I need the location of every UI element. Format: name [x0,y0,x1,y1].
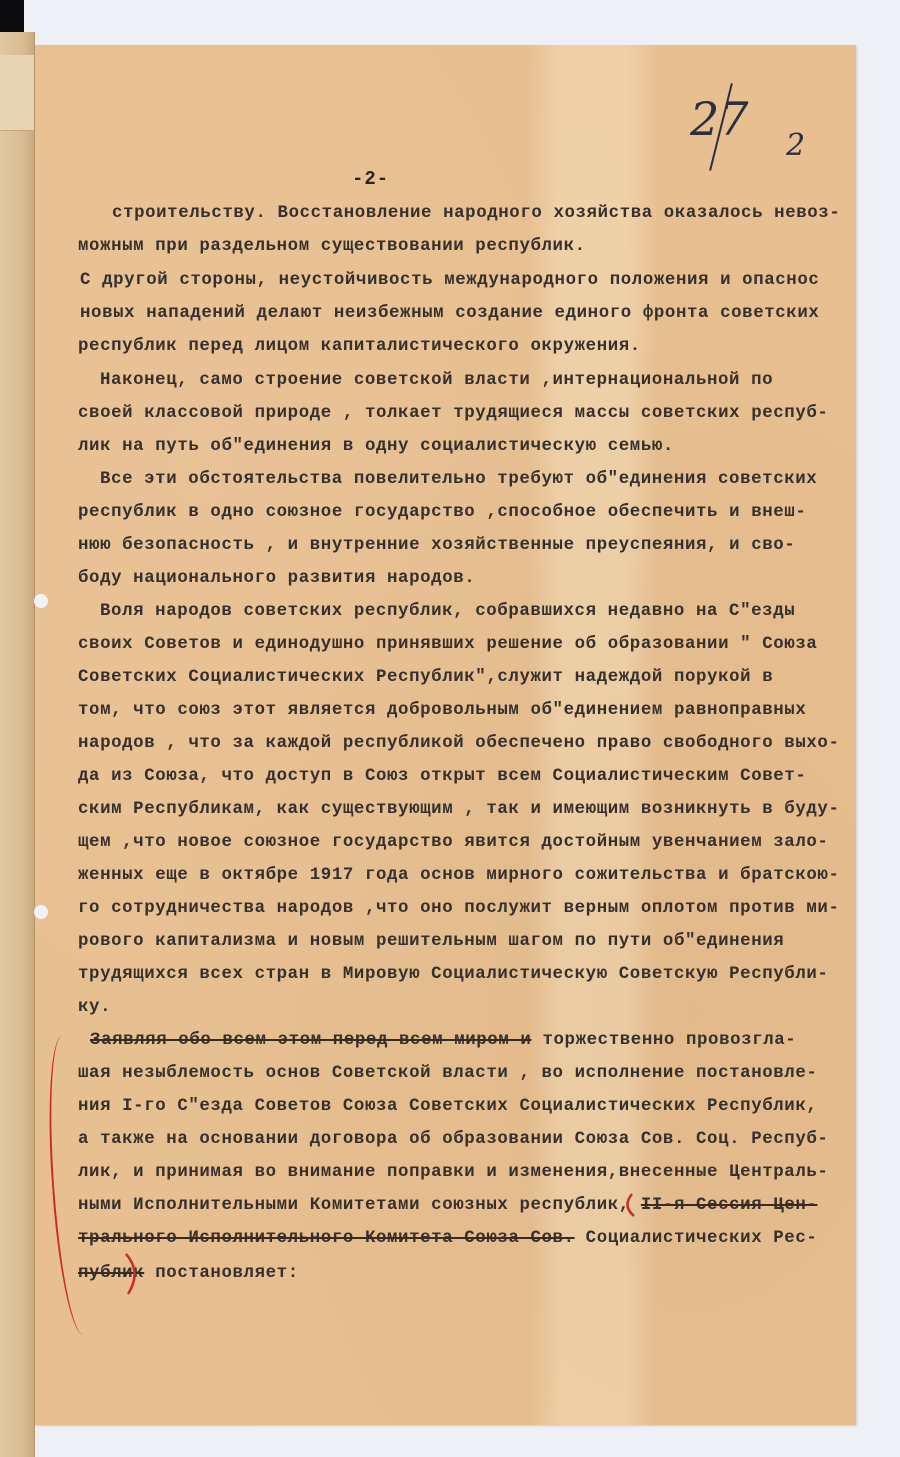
final-paragraph-line-2: шая незыблемость основ Советской власти … [78,1065,817,1082]
text-line: строительству. Восстановление народного … [112,205,840,222]
text-line: С другой стороны, неустойчивость междуна… [80,272,819,289]
text-line: ским Республикам, как существующим , так… [78,801,840,818]
text-line: новых нападений делают неизбежным создан… [80,305,819,322]
text-line: Воля народов советских республик, собрав… [100,603,795,620]
text-line: щем ,что новое союзное государство явитс… [78,834,828,851]
text-line: го сотрудничества народов ,что оно послу… [78,900,840,917]
text: постановляет: [144,1264,299,1283]
folio-number: 2 [786,128,805,163]
text-line: рового капитализма и новым решительным ш… [78,933,784,950]
text-line: Советских Социалистических Республик",сл… [78,669,773,686]
text: торжественно провозгла- [531,1031,796,1050]
text-line: своих Советов и единодушно принявших реш… [78,636,817,653]
text-line: да из Союза, что доступ в Союз открыт вс… [78,768,806,785]
text: ными Исполнительными Комитетами союзных … [78,1196,641,1215]
struck-text: II-я Сессия Цен- [641,1196,818,1215]
text-line: своей классовой природе , толкает трудящ… [78,405,828,422]
final-paragraph-line-3: ния I-го С"езда Советов Союза Советских … [78,1098,817,1115]
struck-text: Заявляя обо всем этом перед всем миром и [90,1031,531,1050]
binding-tab [0,55,34,131]
text-line: республик перед лицом капиталистического… [78,338,641,355]
text-line: нюю безопасность , и внутренние хозяйств… [78,537,795,554]
text-line: ку. [78,999,111,1016]
final-paragraph-line-6: ными Исполнительными Комитетами союзных … [78,1197,817,1214]
punch-hole [34,594,48,608]
text-line: трудящихся всех стран в Мировую Социалис… [78,966,828,983]
punch-hole [34,905,48,919]
text-line: республик в одно союзное государство ,сп… [78,504,806,521]
red-pencil-close-paren-mark [120,1250,150,1300]
text-line: Наконец, само строение советской власти … [100,372,773,389]
text-line: можным при раздельном существовании респ… [78,238,586,255]
final-paragraph-line-4: а также на основании договора об образов… [78,1131,828,1148]
page-header: -2- [352,168,389,190]
binding-strip [0,32,35,1457]
red-pencil-open-paren-mark [620,1192,640,1220]
text-line: том, что союз этот является добровольным… [78,702,806,719]
struck-text: трального Исполнительного Комитета Союза… [78,1229,575,1248]
final-paragraph-line-1: Заявляя обо всем этом перед всем миром и… [90,1032,796,1049]
text-line: боду национального развития народов. [78,570,475,587]
scanner-edge [0,0,24,32]
text: Социалистических Рес- [575,1229,818,1248]
final-paragraph-line-7: трального Исполнительного Комитета Союза… [78,1230,817,1247]
text-line: лик на путь об"единения в одну социалист… [78,438,674,455]
text-line: Все эти обстоятельства повелительно треб… [100,471,817,488]
final-paragraph-line-5: лик, и принимая во внимание поправки и и… [78,1164,828,1181]
text-line: народов , что за каждой республикой обес… [78,735,840,752]
final-paragraph-line-8: публик постановляет: [78,1265,299,1282]
text-line: женных еще в октябре 1917 года основ мир… [78,867,840,884]
